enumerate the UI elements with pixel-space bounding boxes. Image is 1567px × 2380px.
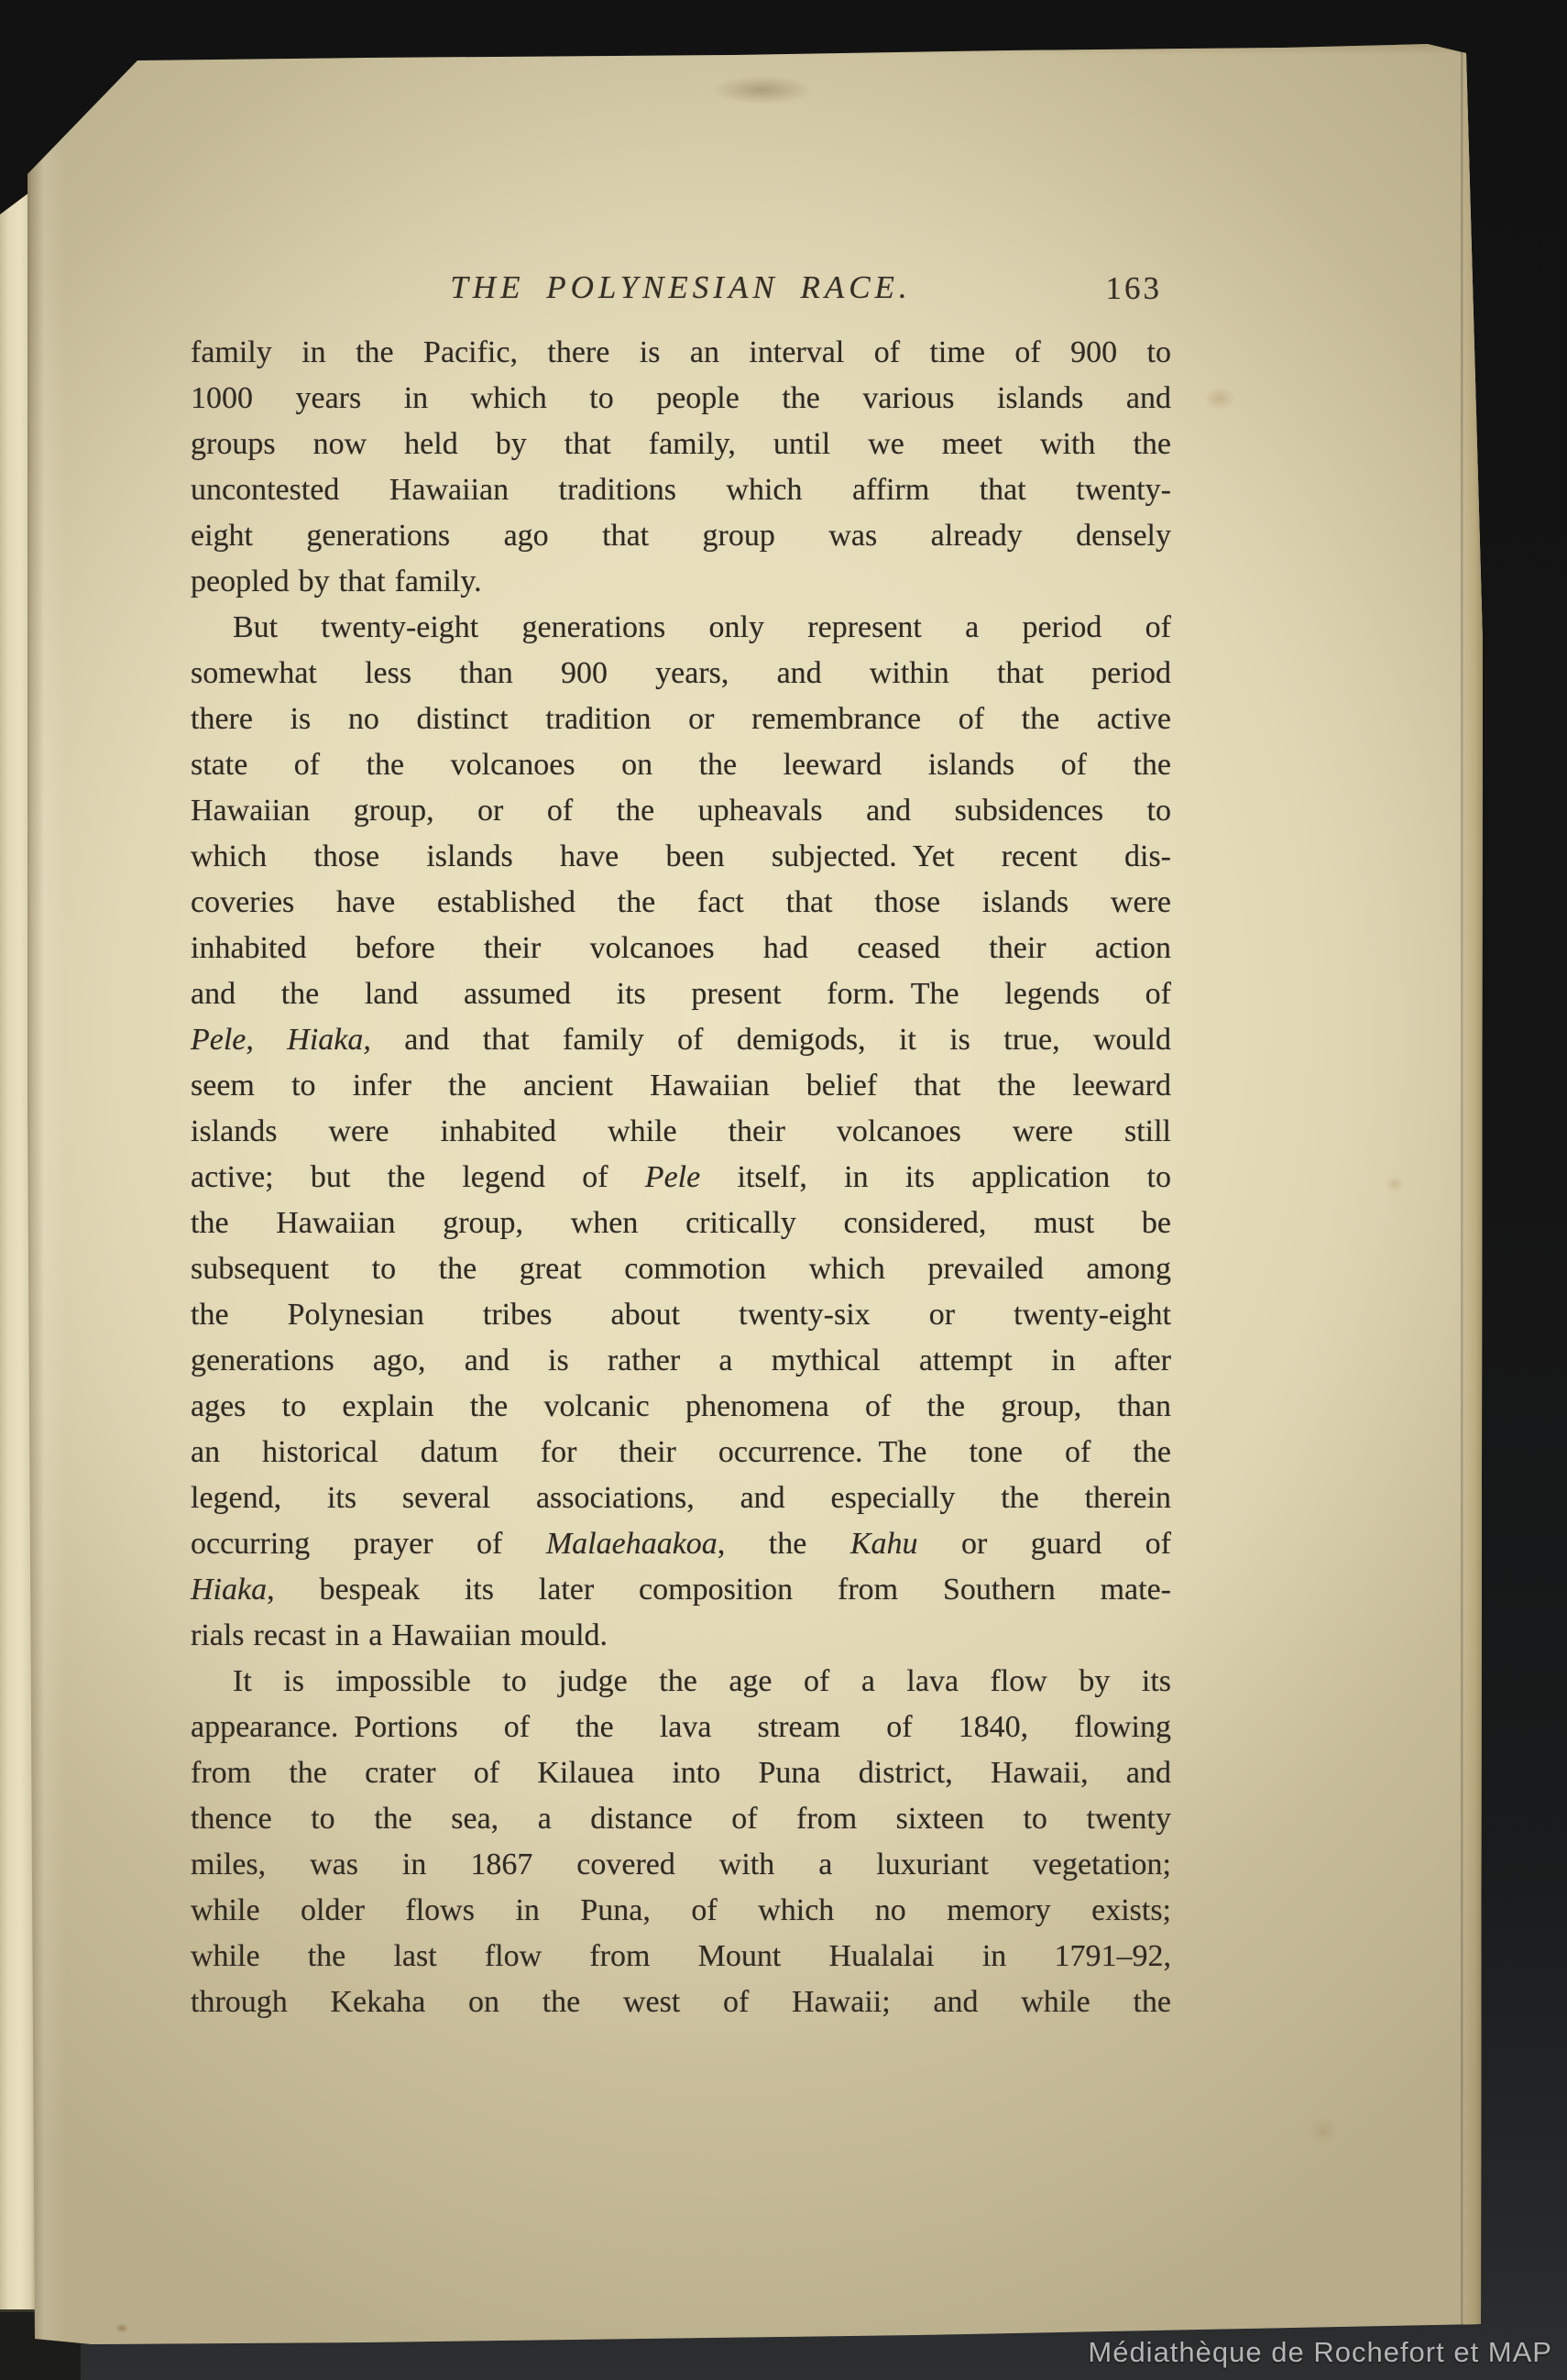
text-run: It is impossible to judge the age of a l… [233,1664,1171,1698]
paper-stain [1382,1173,1408,1195]
text-run: , bespeak its later composition from Sou… [267,1573,1171,1607]
text-run: an historical datum for their occurrence… [191,1435,1171,1469]
text-line: thence to the sea, a distance of from si… [191,1796,1171,1842]
text-run: somewhat less than 900 years, and within… [191,656,1171,690]
text-line: from the crater of Kilauea into Puna dis… [191,1750,1171,1796]
text-run: Hawaiian group, or of the upheavals and … [191,794,1171,828]
text-line: the Hawaiian group, when critically cons… [191,1201,1171,1246]
text-run: occurring prayer of [191,1527,546,1561]
text-run: legend, its several associations, and es… [191,1481,1171,1515]
italic-text-run: Pele [645,1160,700,1194]
text-line: inhabited before their volcanoes had cea… [191,926,1171,971]
text-line: family in the Pacific, there is an inter… [191,330,1171,376]
text-line: ages to explain the volcanic phenomena o… [191,1384,1171,1430]
page-block-fore-edge [1461,48,1486,2339]
text-run: through Kekaha on the west of Hawaii; an… [191,1985,1171,2019]
book-page: THE POLYNESIAN RACE. 163 family in the P… [24,38,1486,2350]
paper-stain [114,2322,130,2334]
text-run: from the crater of Kilauea into Puna dis… [191,1756,1171,1790]
text-run: eight generations ago that group was alr… [191,519,1171,553]
text-line: active; but the legend of Pele itself, i… [191,1155,1171,1201]
text-line: peopled by that family. [191,559,1171,605]
text-line: Hiaka, bespeak its later composition fro… [191,1567,1171,1613]
italic-text-run: Pele, Hiaka, [191,1023,371,1057]
text-line: an historical datum for their occurrence… [191,1430,1171,1475]
text-line: somewhat less than 900 years, and within… [191,651,1171,696]
text-line: appearance. Portions of the lava stream … [191,1705,1171,1750]
paper-stain [698,71,827,108]
italic-text-run: Malaehaakoa [546,1527,718,1561]
text-run: appearance. Portions of the lava stream … [191,1710,1171,1744]
page-header: THE POLYNESIAN RACE. 163 [191,269,1171,315]
text-line: Hawaiian group, or of the upheavals and … [191,788,1171,834]
text-line: state of the volcanoes on the leeward is… [191,742,1171,788]
text-run: groups now held by that family, until we… [191,427,1171,461]
text-run: coveries have established the fact that … [191,885,1171,919]
text-run: subsequent to the great commotion which … [191,1252,1171,1286]
text-line: rials recast in a Hawaiian mould. [191,1613,1171,1659]
text-run: , the [718,1527,850,1561]
text-line: 1000 years in which to people the variou… [191,376,1171,422]
text-run: while older flows in Puna, of which no m… [191,1893,1171,1927]
text-run: the Polynesian tribes about twenty-six o… [191,1298,1171,1332]
text-line: But twenty-eight generations only repres… [191,605,1171,651]
text-run: seem to infer the ancient Hawaiian belie… [191,1069,1171,1102]
italic-text-run: Hiaka [191,1573,267,1607]
text-run: peopled by that family. [191,565,482,598]
text-run: there is no distinct tradition or rememb… [191,702,1171,736]
text-run: and the land assumed its present form. T… [191,977,1171,1011]
body-text: family in the Pacific, there is an inter… [191,330,1171,2025]
text-run: But twenty-eight generations only repres… [233,610,1171,644]
text-line: which those islands have been subjected.… [191,834,1171,880]
scanned-book-photo: THE POLYNESIAN RACE. 163 family in the P… [0,0,1567,2380]
text-line: islands were inhabited while their volca… [191,1109,1171,1155]
text-line: seem to infer the ancient Hawaiian belie… [191,1063,1171,1109]
text-line: Pele, Hiaka, and that family of demigods… [191,1017,1171,1063]
italic-text-run: Kahu [850,1527,918,1561]
text-run: miles, was in 1867 covered with a luxuri… [191,1848,1171,1881]
text-run: itself, in its application to [700,1160,1171,1194]
page-number: 163 [1106,270,1163,307]
text-run: thence to the sea, a distance of from si… [191,1802,1171,1836]
text-line: groups now held by that family, until we… [191,422,1171,467]
text-run: which those islands have been subjected.… [191,839,1171,873]
text-line: through Kekaha on the west of Hawaii; an… [191,1980,1171,2025]
text-run: family in the Pacific, there is an inter… [191,335,1171,369]
text-line: while older flows in Puna, of which no m… [191,1888,1171,1934]
text-run: or guard of [918,1527,1172,1561]
paper-stain [1199,383,1241,414]
text-run: rials recast in a Hawaiian mould. [191,1618,608,1652]
text-run: 1000 years in which to people the variou… [191,381,1171,415]
text-line: the Polynesian tribes about twenty-six o… [191,1292,1171,1338]
paragraph: It is impossible to judge the age of a l… [191,1659,1171,2025]
paper-stain [1303,2111,1343,2150]
text-run: ages to explain the volcanic phenomena o… [191,1389,1171,1423]
text-line: while the last flow from Mount Hualalai … [191,1934,1171,1980]
text-line: and the land assumed its present form. T… [191,971,1171,1017]
text-run: inhabited before their volcanoes had cea… [191,931,1171,965]
running-title: THE POLYNESIAN RACE. [191,269,1171,306]
text-line: legend, its several associations, and es… [191,1475,1171,1521]
text-run: active; but the legend of [191,1160,645,1194]
text-run: while the last flow from Mount Hualalai … [191,1939,1171,1973]
text-line: there is no distinct tradition or rememb… [191,696,1171,742]
text-run: islands were inhabited while their volca… [191,1114,1171,1148]
text-line: miles, was in 1867 covered with a luxuri… [191,1842,1171,1888]
text-line: uncontested Hawaiian traditions which af… [191,467,1171,513]
paragraph: But twenty-eight generations only repres… [191,605,1171,1659]
text-run: uncontested Hawaiian traditions which af… [191,473,1171,507]
text-line: eight generations ago that group was alr… [191,513,1171,559]
library-watermark: Médiathèque de Rochefort et MAP [1088,2336,1552,2369]
text-line: subsequent to the great commotion which … [191,1246,1171,1292]
text-line: occurring prayer of Malaehaakoa, the Kah… [191,1521,1171,1567]
text-run: the Hawaiian group, when critically cons… [191,1206,1171,1240]
paragraph: family in the Pacific, there is an inter… [191,330,1171,605]
text-run: and that family of demigods, it is true,… [371,1023,1171,1057]
text-line: It is impossible to judge the age of a l… [191,1659,1171,1705]
text-run: generations ago, and is rather a mythica… [191,1344,1171,1377]
text-line: generations ago, and is rather a mythica… [191,1338,1171,1384]
text-line: coveries have established the fact that … [191,880,1171,926]
text-run: state of the volcanoes on the leeward is… [191,748,1171,782]
